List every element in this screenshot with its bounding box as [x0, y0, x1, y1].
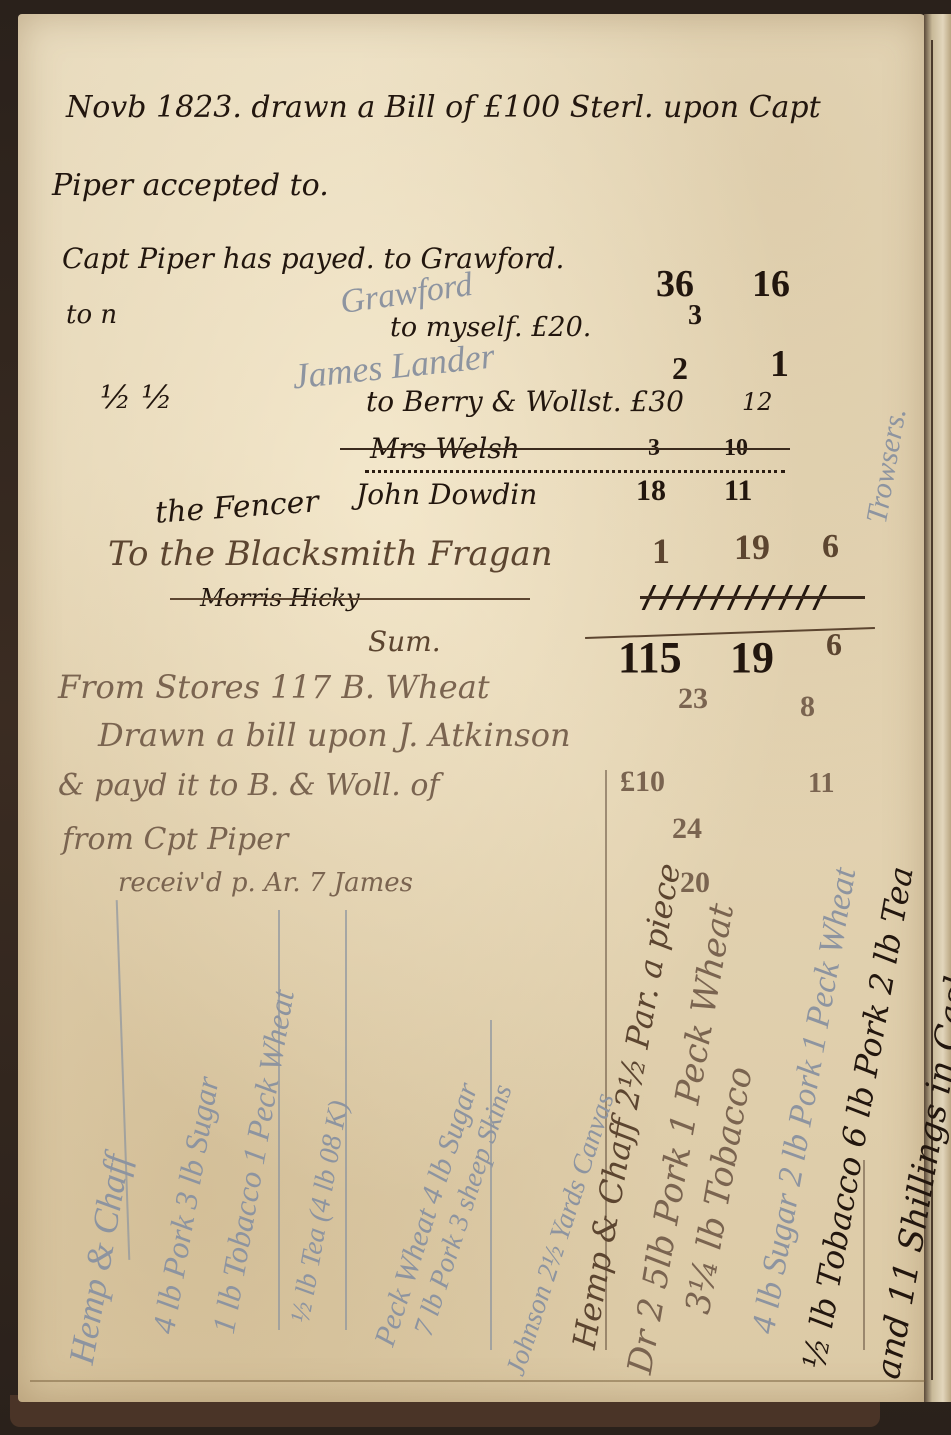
- entry-1-text: to myself. £20.: [390, 312, 591, 343]
- later-entry-1-text: From Stores 117 B. Wheat: [58, 668, 490, 706]
- later-entry-2-text: Drawn a bill upon J. Atkinson: [98, 716, 571, 754]
- header-line-1: Novb 1823. drawn a Bill of £100 Sterl. u…: [66, 90, 821, 125]
- entry-7-text: To the Blacksmith Fragan: [108, 534, 553, 574]
- header-line-2: Piper accepted to.: [52, 168, 329, 203]
- ledger-to-label: to n: [66, 300, 117, 330]
- later-entry-3-pounds: £10: [620, 765, 665, 799]
- later-entry-3-text: & payd it to B. & Woll. of: [58, 768, 440, 803]
- entry-6-shillings: 11: [724, 474, 752, 508]
- entry-4-shillings: 12: [742, 388, 773, 416]
- strike-line: [170, 598, 530, 600]
- entry-6-text: John Dowdin: [356, 478, 537, 511]
- entry-2-pounds: 3: [688, 300, 702, 332]
- entry-6-pounds: 18: [636, 474, 666, 508]
- entry-3-shillings: 1: [770, 342, 789, 386]
- strike-line: [340, 448, 790, 450]
- later-entry-5-text: receiv'd p. Ar. 7 James: [118, 868, 413, 898]
- later-entry-4-pounds: 24: [672, 812, 702, 846]
- dotted-separator: [365, 470, 785, 473]
- sum-pounds: 115: [618, 632, 682, 683]
- later-entry-4-text: from Cpt Piper: [62, 822, 288, 857]
- later-entry-1-shillings: 8: [800, 690, 815, 724]
- later-entry-3-shillings: 11: [808, 768, 834, 800]
- entry-7-pence: 6: [822, 528, 839, 566]
- page-edge: [30, 1380, 925, 1382]
- entry-4-text: to Berry & Wollst. £30: [366, 385, 684, 418]
- sum-pence: 6: [826, 626, 842, 663]
- entry-1-shillings: 16: [752, 262, 790, 306]
- sum-shillings: 19: [730, 632, 774, 683]
- pencil-column-rule: [490, 1020, 492, 1350]
- sum-label: Sum.: [368, 625, 441, 658]
- entry-3-pounds: 2: [672, 350, 688, 387]
- entry-7-pounds: 1: [652, 530, 670, 572]
- margin-mark: ½ ½: [100, 378, 172, 416]
- entry-7-shillings: 19: [734, 526, 770, 568]
- later-entry-1-pounds: 23: [678, 682, 708, 716]
- strike-line: [640, 596, 865, 599]
- ledger-intro: Capt Piper has payed. to Grawford.: [62, 242, 564, 275]
